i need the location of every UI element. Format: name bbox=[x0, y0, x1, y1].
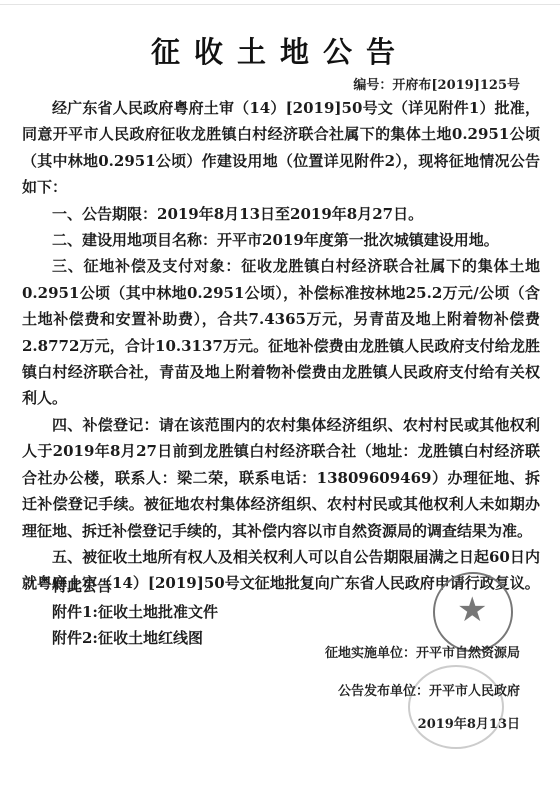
page-title: 征收土地公告 bbox=[0, 34, 560, 70]
paragraph-intro: 经广东省人民政府粤府土审（14）[2019]50号文（详见附件1）批准，同意开平… bbox=[22, 95, 540, 201]
page-edge-line bbox=[0, 4, 560, 5]
star-icon: ★ bbox=[457, 592, 487, 628]
paragraph-project-name: 二、建设用地项目名称：开平市2019年度第一批次城镇建设用地。 bbox=[22, 227, 540, 253]
seal-municipal-government bbox=[408, 665, 504, 749]
closing-block: 特此公告 附件1:征收土地批准文件 附件2:征收土地红线图 bbox=[52, 573, 218, 651]
paragraph-compensation: 三、征地补偿及支付对象：征收龙胜镇白村经济联合社属下的集体土地0.2951公顷（… bbox=[22, 253, 540, 411]
attachment-1: 附件1:征收土地批准文件 bbox=[52, 599, 218, 625]
issuing-unit: 公告发布单位：开平市人民政府 bbox=[338, 680, 520, 699]
seal-natural-resources-bureau: ★ bbox=[433, 572, 513, 652]
paragraph-period: 一、公告期限：2019年8月13日至2019年8月27日。 bbox=[22, 201, 540, 227]
closing-notice: 特此公告 bbox=[52, 573, 218, 599]
attachment-2: 附件2:征收土地红线图 bbox=[52, 625, 218, 651]
document-number: 编号：开府布[2019]125号 bbox=[353, 74, 520, 93]
issue-date: 2019年8月13日 bbox=[418, 713, 520, 732]
implementing-unit: 征地实施单位：开平市自然资源局 bbox=[325, 642, 520, 661]
notice-body: 经广东省人民政府粤府土审（14）[2019]50号文（详见附件1）批准，同意开平… bbox=[22, 95, 540, 597]
paragraph-registration: 四、补偿登记：请在该范围内的农村集体经济组织、农村村民或其他权利人于2019年8… bbox=[22, 412, 540, 544]
